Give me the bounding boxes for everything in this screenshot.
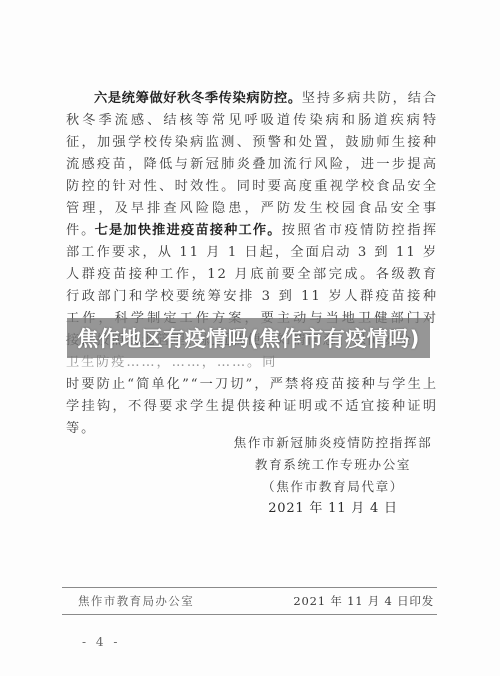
- signature-org-line1: 焦作市新冠肺炎疫情防控指挥部: [228, 432, 438, 454]
- paragraph-seven-body-continued: 时要防止“简单化”“一刀切”，严禁将疫苗接种与学生上学挂钩，不得要求学生提供接种…: [66, 377, 438, 436]
- paragraph-six-body: 坚持多病共防，结合秋冬季流感、结核等常见呼吸道传染病和肠道疾病特征，加强学校传染…: [66, 91, 438, 238]
- signature-date: 2021 年 11 月 4 日: [228, 498, 438, 520]
- footer-issued-date: 2021 年 11 月 4 日印发: [293, 592, 434, 610]
- paragraph-six-heading: 六是统筹做好秋冬季传染病防控。: [94, 91, 302, 106]
- document-page: 六是统筹做好秋冬季传染病防控。坚持多病共防，结合秋冬季流感、结核等常见呼吸道传染…: [0, 0, 500, 676]
- overlay-title: 焦作地区有疫情吗(焦作市有疫情吗): [77, 323, 420, 353]
- footer-rule-top: [62, 587, 437, 588]
- title-overlay-banner: 焦作地区有疫情吗(焦作市有疫情吗): [67, 318, 430, 358]
- signature-org-line2: 教育系统工作专班办公室: [228, 454, 438, 476]
- footer-issuer: 焦作市教育局办公室: [78, 592, 194, 610]
- page-number: - 4 -: [82, 633, 120, 651]
- footer-rule-bottom: [62, 614, 437, 615]
- signature-block: 焦作市新冠肺炎疫情防控指挥部 教育系统工作专班办公室 （焦作市教育局代章） 20…: [228, 432, 438, 520]
- paragraph-seven-heading: 七是加快推进疫苗接种工作。: [94, 223, 282, 238]
- paragraph-six: 六是统筹做好秋冬季传染病防控。坚持多病共防，结合秋冬季流感、结核等常见呼吸道传染…: [66, 88, 438, 242]
- signature-seal-note: （焦作市教育局代章）: [228, 476, 438, 498]
